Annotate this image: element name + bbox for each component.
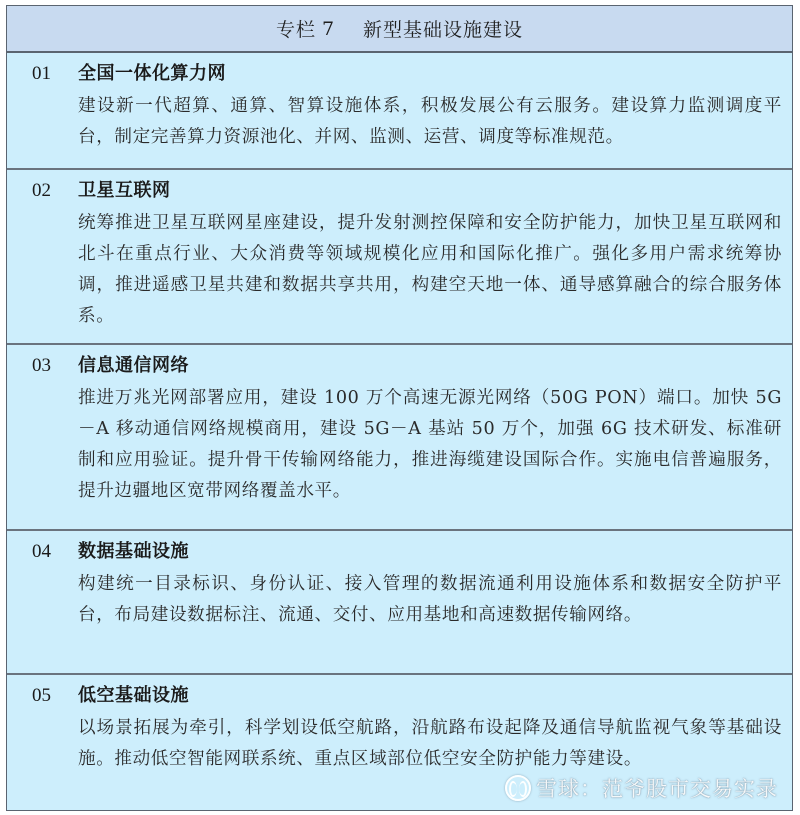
section-ict-network: 03 信息通信网络 推进万兆光网部署应用，建设 100 万个高速无源光网络（50… — [7, 345, 792, 531]
section-number: 04 — [32, 541, 78, 563]
section-title: 低空基础设施 — [78, 681, 189, 707]
section-number: 05 — [32, 685, 78, 707]
section-title: 卫星互联网 — [78, 176, 171, 202]
section-title: 全国一体化算力网 — [78, 59, 226, 85]
section-number: 02 — [32, 180, 78, 202]
section-body: 以场景拓展为牵引，科学划设低空航路，沿航路布设起降及通信导航监视气象等基础设施。… — [78, 713, 782, 775]
section-number: 03 — [32, 355, 78, 377]
section-title: 数据基础设施 — [78, 537, 189, 563]
column-title: 新型基础设施建设 — [363, 15, 523, 42]
section-body: 统筹推进卫星互联网星座建设，提升发射测控保障和安全防护能力，加快卫星互联网和北斗… — [78, 208, 782, 332]
watermark-text: 雪球：范爷股市交易实录 — [536, 773, 778, 803]
column-number: 7 — [322, 18, 335, 40]
section-body: 推进万兆光网部署应用，建设 100 万个高速无源光网络（50G PON）端口。加… — [78, 383, 782, 507]
section-satellite-internet: 02 卫星互联网 统筹推进卫星互联网星座建设，提升发射测控保障和安全防护能力，加… — [7, 170, 792, 345]
column-label: 专栏 — [276, 15, 316, 42]
section-body: 构建统一目录标识、身份认证、接入管理的数据流通利用设施体系和数据安全防护平台，布… — [78, 569, 782, 631]
section-computing-network: 01 全国一体化算力网 建设新一代超算、通算、智算设施体系，积极发展公有云服务。… — [7, 53, 792, 170]
section-body: 建设新一代超算、通算、智算设施体系，积极发展公有云服务。建设算力监测调度平台，制… — [78, 91, 782, 153]
section-number: 01 — [32, 63, 78, 85]
section-data-infrastructure: 04 数据基础设施 构建统一目录标识、身份认证、接入管理的数据流通利用设施体系和… — [7, 531, 792, 675]
feature-box: 专栏 7 新型基础设施建设 01 全国一体化算力网 建设新一代超算、通算、智算设… — [6, 5, 793, 811]
xueqiu-logo-icon — [505, 775, 531, 801]
section-title: 信息通信网络 — [78, 351, 189, 377]
watermark: 雪球：范爷股市交易实录 — [505, 773, 778, 803]
box-header: 专栏 7 新型基础设施建设 — [7, 6, 792, 53]
